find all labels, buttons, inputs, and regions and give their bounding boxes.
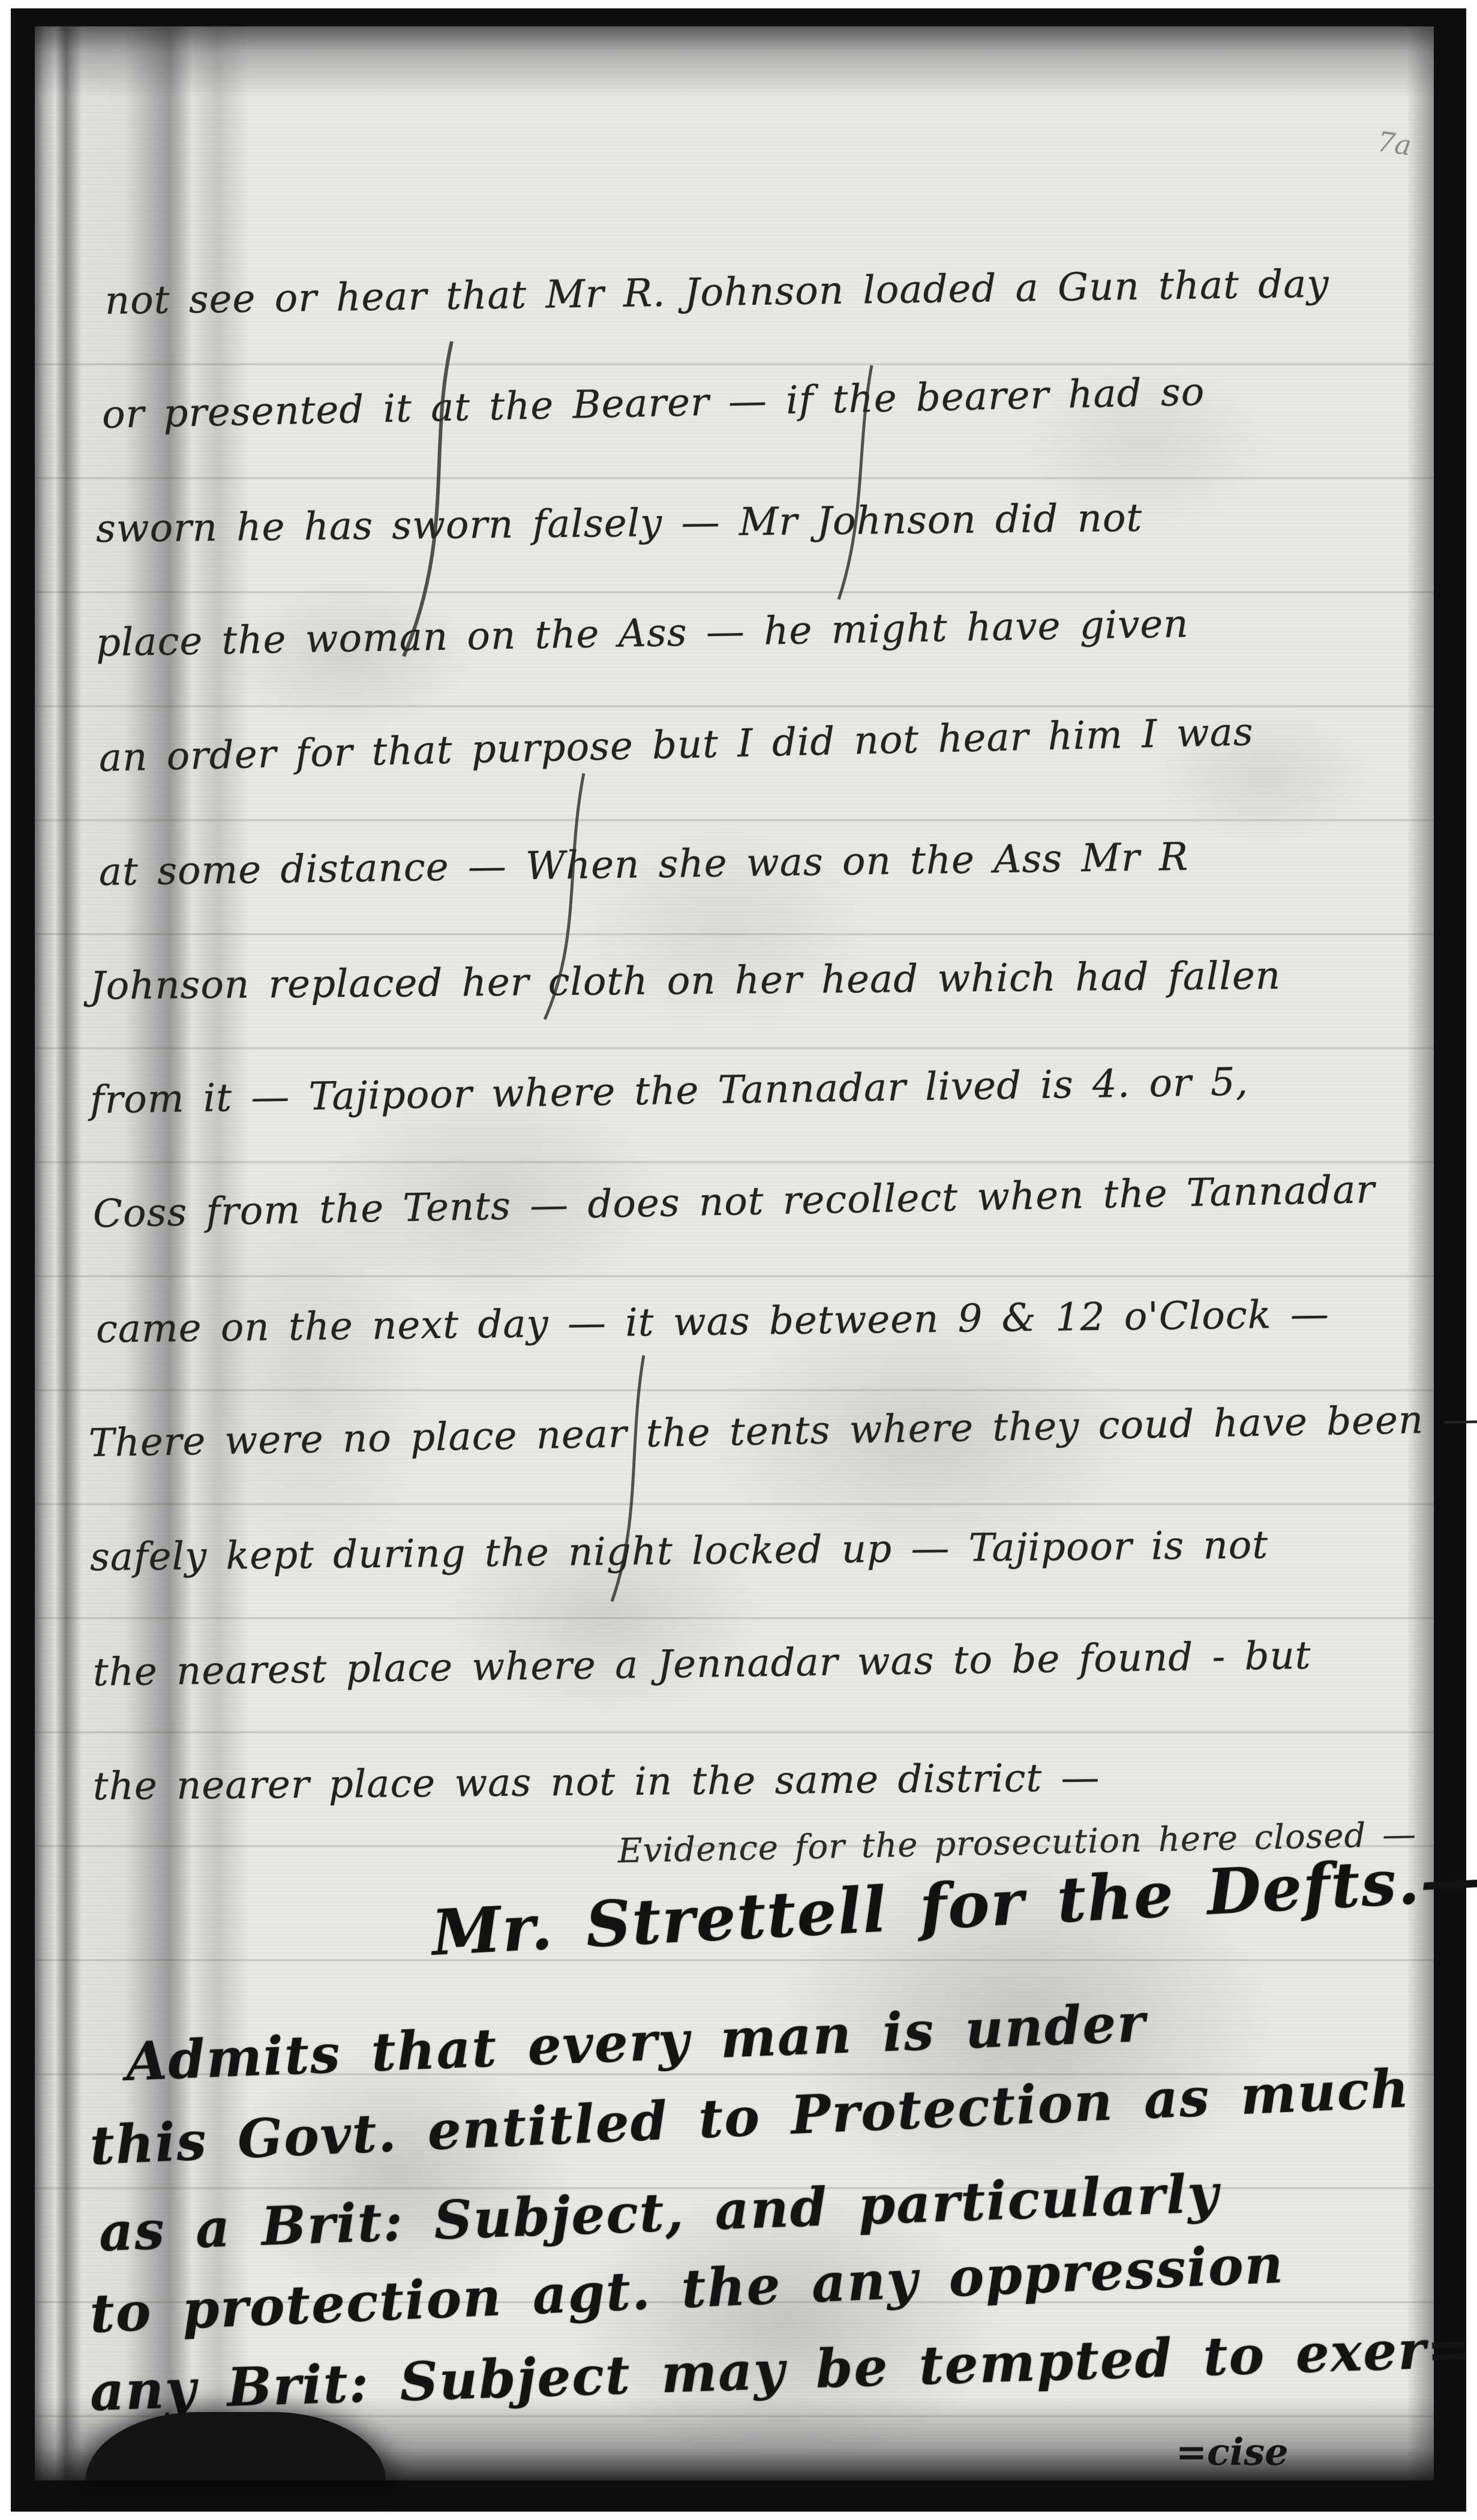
page-number-mark: 7a bbox=[1376, 125, 1414, 161]
manuscript-line: safely kept during the night locked up —… bbox=[90, 1526, 1269, 1577]
manuscript-line: =cise bbox=[1176, 2430, 1289, 2474]
manuscript-line: Johnson replaced her cloth on her head w… bbox=[90, 957, 1281, 1006]
manuscript-line: the nearer place was not in the same dis… bbox=[93, 1759, 1100, 1806]
manuscript-page: 7a not see or hear that Mr R. Johnson lo… bbox=[35, 26, 1434, 2480]
manuscript-line: sworn he has sworn falsely — Mr Johnson … bbox=[96, 499, 1143, 548]
